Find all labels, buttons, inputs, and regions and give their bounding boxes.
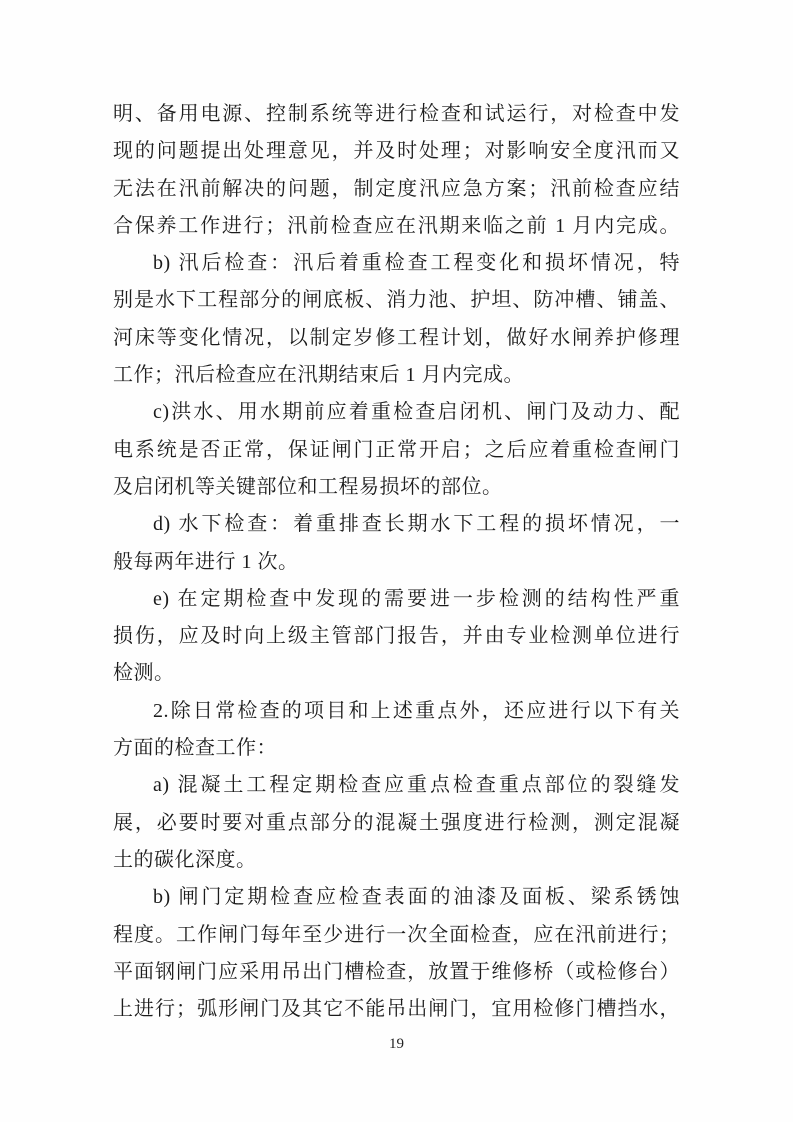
text-line: 别是水下工程部分的闸底板、消力池、护坦、防冲槽、铺盖、 — [113, 282, 680, 319]
text-line: e) 在定期检查中发现的需要进一步检测的结构性严重 — [113, 581, 680, 618]
text-line: 检测。 — [113, 655, 680, 692]
text-line: 合保养工作进行；汛前检查应在汛期来临之前 1 月内完成。 — [113, 208, 680, 245]
page-body-text: 明、备用电源、控制系统等进行检查和试运行，对检查中发 现的问题提出处理意见，并及… — [113, 96, 680, 1028]
text-line: 土的碳化深度。 — [113, 842, 680, 879]
text-line: 般每两年进行 1 次。 — [113, 544, 680, 581]
text-line: 程度。工作闸门每年至少进行一次全面检查，应在汛前进行； — [113, 917, 680, 954]
text-line: 电系统是否正常，保证闸门正常开启；之后应着重检查闸门 — [113, 432, 680, 469]
text-line: 现的问题提出处理意见，并及时处理；对影响安全度汛而又 — [113, 133, 680, 170]
text-line: 及启闭机等关键部位和工程易损坏的部位。 — [113, 469, 680, 506]
text-line: c)洪水、用水期前应着重检查启闭机、闸门及动力、配 — [113, 394, 680, 431]
paragraph-2-additional-inspection-items: 2.除日常检查的项目和上述重点外，还应进行以下有关 方面的检查工作： — [113, 693, 680, 768]
text-line: b) 汛后检查：汛后着重检查工程变化和损坏情况，特 — [113, 245, 680, 282]
text-line: 2.除日常检查的项目和上述重点外，还应进行以下有关 — [113, 693, 680, 730]
paragraph-d-underwater-inspection: d) 水下检查：着重排查长期水下工程的损坏情况，一 般每两年进行 1 次。 — [113, 506, 680, 581]
text-line: 无法在汛前解决的问题，制定度汛应急方案；汛前检查应结 — [113, 171, 680, 208]
text-line: 损伤，应及时向上级主管部门报告，并由专业检测单位进行 — [113, 618, 680, 655]
paragraph-a-concrete-inspection: a) 混凝土工程定期检查应重点检查重点部位的裂缝发 展，必要时要对重点部分的混凝… — [113, 767, 680, 879]
paragraph-intro-continuation: 明、备用电源、控制系统等进行检查和试运行，对检查中发 现的问题提出处理意见，并及… — [113, 96, 680, 245]
text-line: a) 混凝土工程定期检查应重点检查重点部位的裂缝发 — [113, 767, 680, 804]
text-line: 工作；汛后检查应在汛期结束后 1 月内完成。 — [113, 357, 680, 394]
text-line: 河床等变化情况，以制定岁修工程计划，做好水闸养护修理 — [113, 320, 680, 357]
text-line: b) 闸门定期检查应检查表面的油漆及面板、梁系锈蚀 — [113, 879, 680, 916]
text-line: d) 水下检查：着重排查长期水下工程的损坏情况，一 — [113, 506, 680, 543]
paragraph-b-gate-periodic-inspection: b) 闸门定期检查应检查表面的油漆及面板、梁系锈蚀 程度。工作闸门每年至少进行一… — [113, 879, 680, 1028]
paragraph-c-pre-flood-operation-check: c)洪水、用水期前应着重检查启闭机、闸门及动力、配 电系统是否正常，保证闸门正常… — [113, 394, 680, 506]
page-number: 19 — [0, 1034, 793, 1054]
paragraph-e-structural-damage-report: e) 在定期检查中发现的需要进一步检测的结构性严重 损伤，应及时向上级主管部门报… — [113, 581, 680, 693]
text-line: 明、备用电源、控制系统等进行检查和试运行，对检查中发 — [113, 96, 680, 133]
text-line: 方面的检查工作： — [113, 730, 680, 767]
paragraph-b-post-flood-inspection: b) 汛后检查：汛后着重检查工程变化和损坏情况，特 别是水下工程部分的闸底板、消… — [113, 245, 680, 394]
text-line: 上进行；弧形闸门及其它不能吊出闸门，宜用检修门槽挡水， — [113, 991, 680, 1028]
document-page: 明、备用电源、控制系统等进行检查和试运行，对检查中发 现的问题提出处理意见，并及… — [0, 0, 793, 1122]
text-line: 平面钢闸门应采用吊出门槽检查，放置于维修桥（或检修台） — [113, 954, 680, 991]
text-line: 展，必要时要对重点部分的混凝土强度进行检测，测定混凝 — [113, 805, 680, 842]
